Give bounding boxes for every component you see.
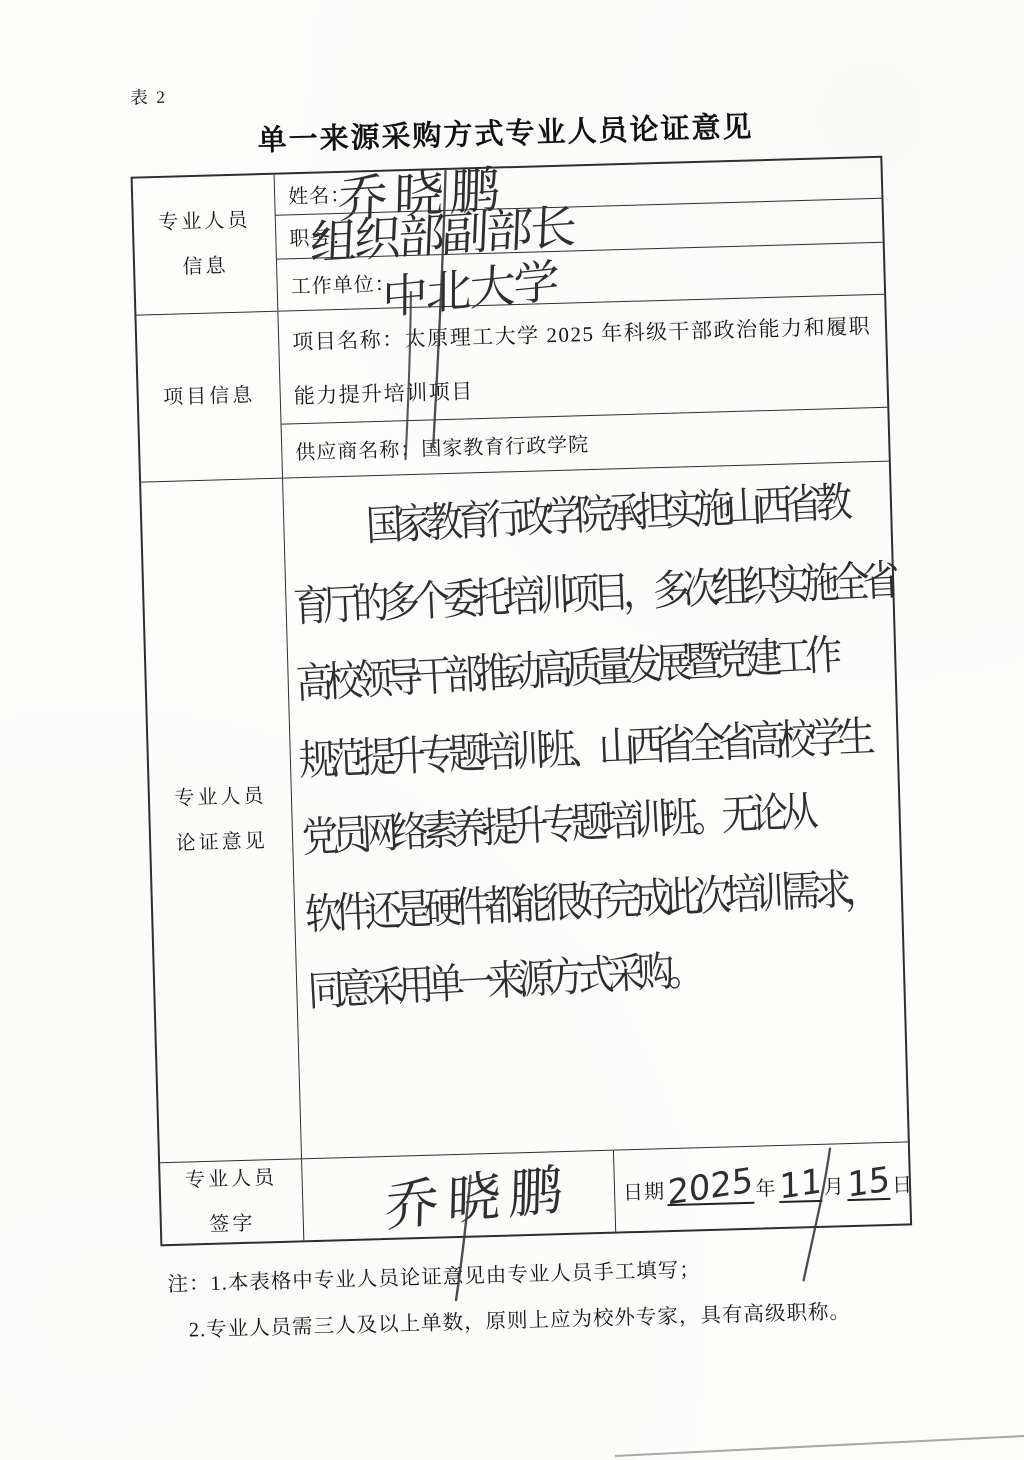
project-name-row: 项目名称：太原理工大学 2025 年科级干部政治能力和履职能力提升培训项目: [278, 295, 887, 424]
project-info-fields: 项目名称：太原理工大学 2025 年科级干部政治能力和履职能力提升培训项目 供应…: [278, 295, 888, 478]
handwritten-year: 2025: [667, 1165, 753, 1208]
date-day-underline: 15: [846, 1167, 890, 1200]
project-info-section-label: 项目信息: [136, 312, 283, 482]
form-table: 专业人员 信息 姓名： 职务： 工作单位：: [131, 156, 913, 1247]
date-cell: 日期 2025 年 11 月 15 日: [614, 1142, 910, 1231]
supplier-value: 国家教育行政学院: [421, 428, 590, 462]
month-unit-label: 月: [823, 1170, 845, 1200]
handwritten-opinion: 国家教育行政学院承担实施山西省教 育厅的多个委托培训项目，多次组织实施全省 高校…: [289, 468, 913, 1030]
signature-section-label: 专业人员 签字: [160, 1159, 304, 1244]
project-info-label: 项目信息: [163, 373, 256, 421]
signature-label-line2: 签字: [209, 1201, 256, 1247]
signature-label-line1: 专业人员: [184, 1156, 277, 1204]
handwritten-day: 15: [847, 1164, 890, 1201]
scanned-document-page: 表 2 单一来源采购方式专业人员论证意见 专业人员 信息 姓名： 职务：: [0, 0, 1024, 1460]
day-unit-label: 日: [892, 1168, 914, 1198]
footnotes: 注：1.本表格中专业人员论证意见由专业人员手工填写； 2.专业人员需三人及以上单…: [167, 1240, 945, 1354]
handwritten-month: 11: [779, 1166, 822, 1203]
supplier-label: 供应商名称：: [295, 433, 422, 466]
personnel-info-label-line1: 专业人员: [158, 198, 251, 246]
project-name-label: 项目名称：: [292, 327, 405, 354]
year-unit-label: 年: [755, 1172, 777, 1202]
opinion-label-line2: 论证意见: [175, 819, 268, 867]
personnel-info-label-line2: 信息: [182, 244, 229, 290]
form-sheet: 表 2 单一来源采购方式专业人员论证意见 专业人员 信息 姓名： 职务：: [120, 63, 947, 1415]
work-unit-field-label: 工作单位：: [290, 267, 396, 299]
project-info-section: 项目信息 项目名称：太原理工大学 2025 年科级干部政治能力和履职能力提升培训…: [136, 294, 888, 482]
date-label: 日期: [623, 1175, 666, 1205]
opinion-label-line1: 专业人员: [174, 774, 267, 822]
opinion-section-label: 专业人员 论证意见: [141, 479, 302, 1163]
date-month-underline: 11: [778, 1169, 822, 1202]
project-name-text: 项目名称：太原理工大学 2025 年科级干部政治能力和履职能力提升培训项目: [291, 295, 887, 424]
personnel-info-section-label: 专业人员 信息: [133, 175, 279, 315]
scan-edge-line: [615, 1436, 1024, 1456]
date-year-underline: 2025: [667, 1171, 754, 1205]
